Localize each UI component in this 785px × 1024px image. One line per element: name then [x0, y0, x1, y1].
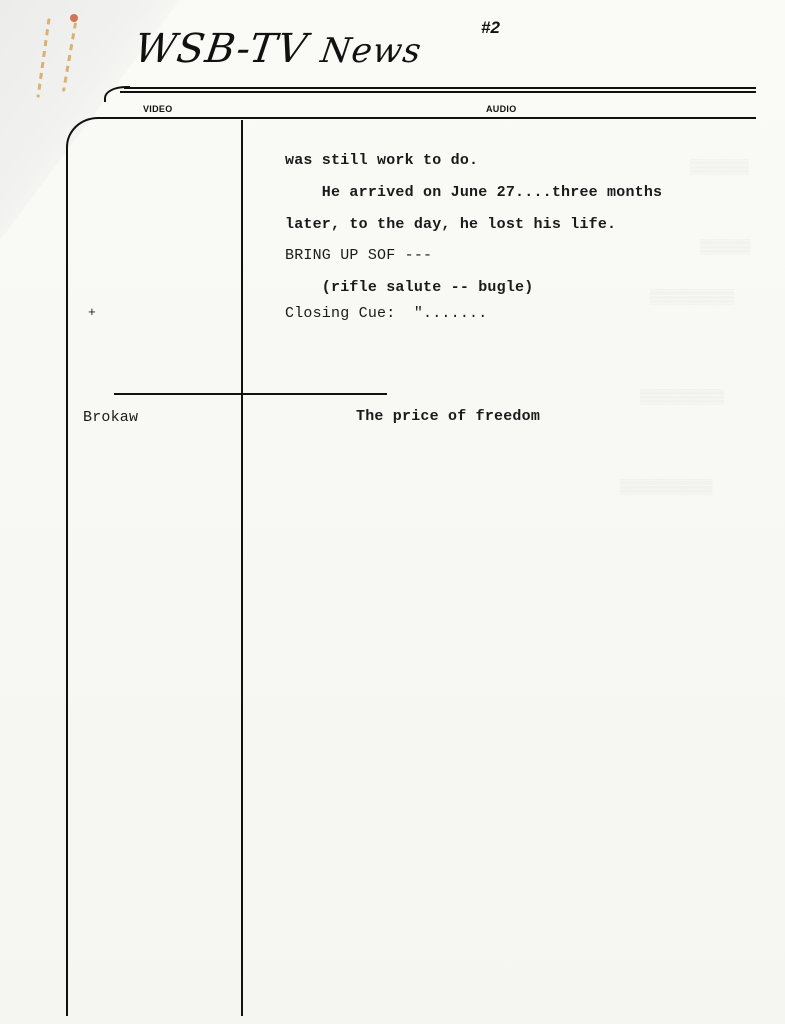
closing-cue: Closing Cue: ".......	[285, 305, 487, 322]
video-cue-mark: +	[88, 305, 96, 320]
logo-station: WSB-TV	[132, 26, 311, 72]
logo-news: News	[318, 31, 424, 71]
audio-column-header: AUDIO	[486, 104, 517, 114]
column-divider-line	[241, 120, 243, 1016]
stain-dot	[70, 14, 78, 22]
video-column-header: VIDEO	[143, 104, 173, 114]
station-logo: WSB-TVNews	[132, 26, 425, 72]
header-top-rule-second	[120, 91, 756, 93]
header-top-rule	[124, 87, 756, 89]
audio-line: later, to the day, he lost his life.	[285, 216, 616, 233]
bleed-through: ▒▒▒▒▒▒▒▒▒▒▒	[620, 480, 712, 496]
bleed-through: ▒▒▒▒▒▒▒▒▒▒	[650, 290, 734, 306]
bleed-through: ▒▒▒▒▒▒▒▒▒▒	[640, 390, 724, 406]
page-number: #2	[481, 18, 500, 38]
audio-line: (rifle salute -- bugle)	[285, 279, 533, 296]
video-talent-name: Brokaw	[83, 409, 138, 426]
audio-line: was still work to do.	[285, 152, 478, 169]
header-bottom-rule	[100, 117, 756, 119]
bleed-through: ▒▒▒▒▒▒▒	[690, 160, 749, 176]
audio-instruction: BRING UP SOF ---	[285, 247, 432, 264]
bleed-through: ▒▒▒▒▒▒	[700, 240, 750, 256]
segment-divider	[114, 393, 387, 395]
audio-line: The price of freedom	[356, 408, 540, 425]
left-border-line	[66, 150, 68, 1016]
audio-line: He arrived on June 27....three months	[285, 184, 662, 201]
script-page: ▒▒▒▒▒▒▒ ▒▒▒▒▒▒ ▒▒▒▒▒▒▒▒▒▒ ▒▒▒▒▒▒▒▒▒▒ ▒▒▒…	[0, 0, 785, 1024]
